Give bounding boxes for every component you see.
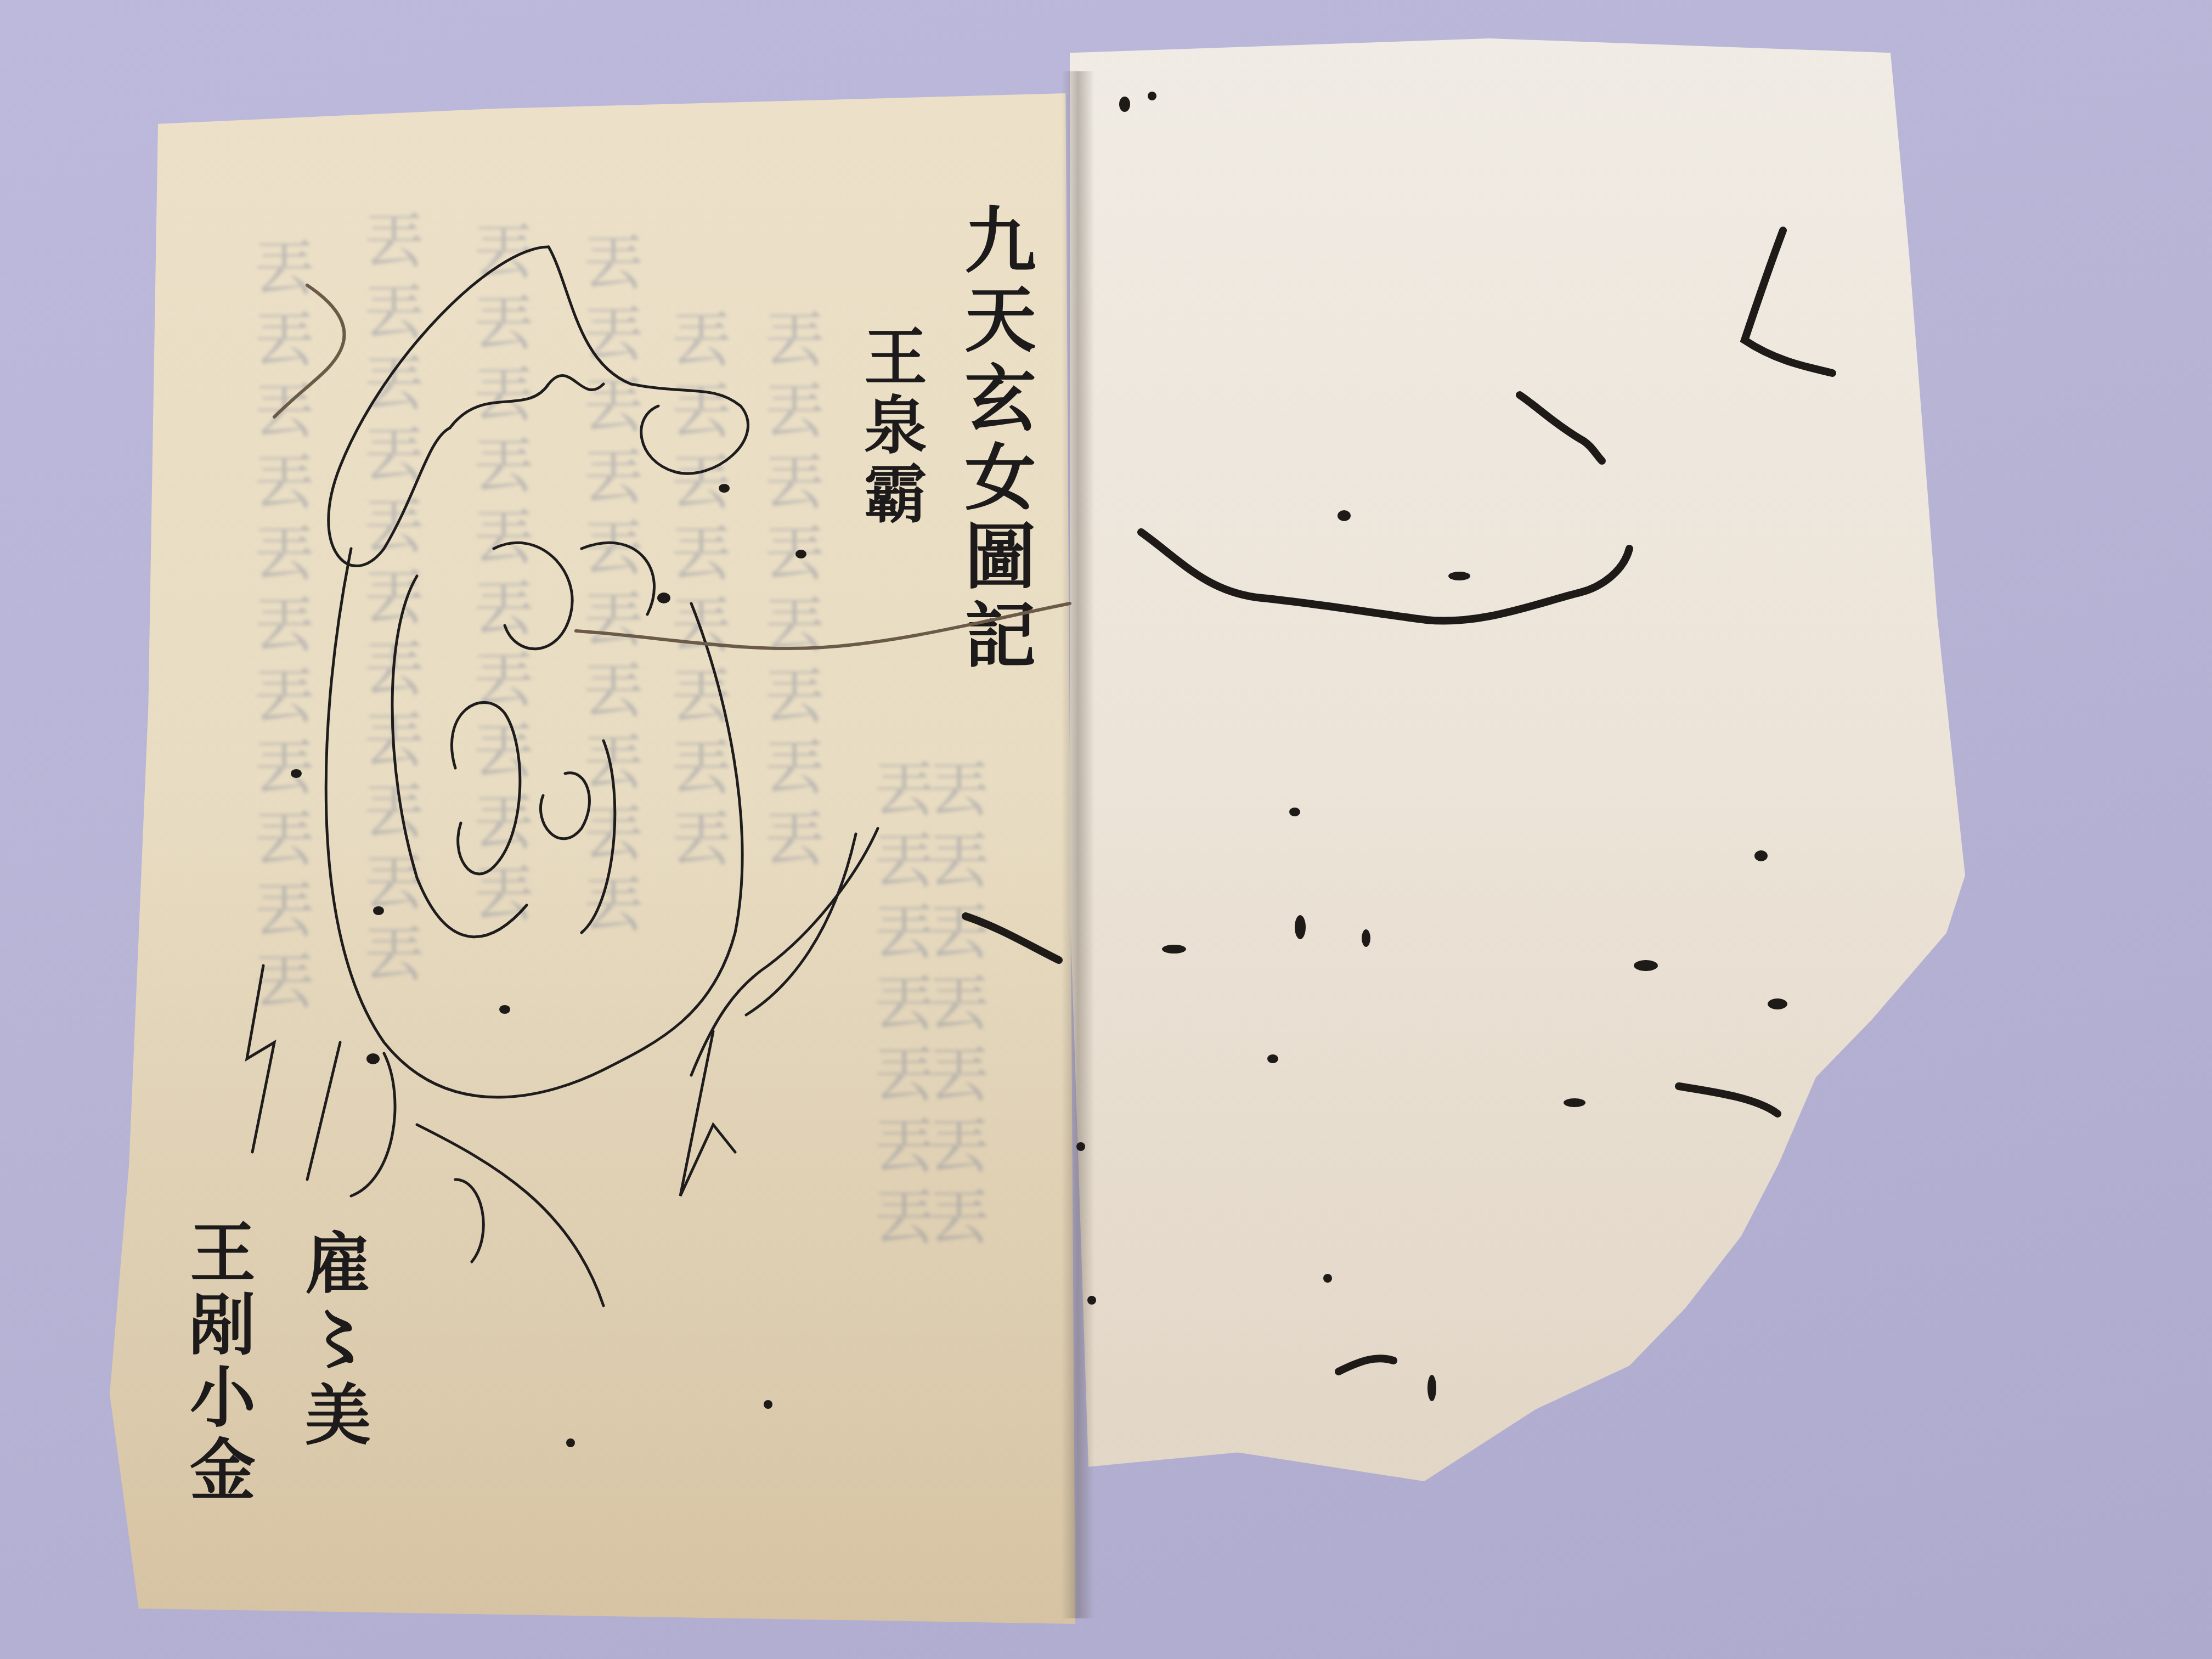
bleed-through-column: 丟丟丟丟丟丟丟丟丟丟丟 bbox=[346, 208, 432, 993]
right-page bbox=[1070, 38, 2002, 1481]
signature-left: 王剐小金 bbox=[170, 1218, 264, 1508]
page-title: 九天玄女圖記 bbox=[944, 203, 1046, 677]
bleed-through-column: 丟丟丟丟丟丟丟 bbox=[911, 757, 997, 1256]
bleed-through-column: 丟丟丟丟丟丟丟丟 bbox=[746, 307, 833, 878]
bleed-through-column: 丟丟丟丟丟丟丟丟丟丟丟 bbox=[236, 236, 323, 1020]
bleed-through-column: 丟丟丟丟丟丟丟丟丟丟 bbox=[565, 230, 652, 944]
subtitle: 王泉霸 bbox=[845, 324, 935, 529]
bleed-through-column: 丟丟丟丟丟丟丟丟 bbox=[653, 307, 740, 878]
book-spine bbox=[1062, 71, 1094, 1618]
bleed-through-column: 丟丟丟丟丟丟丟丟丟丟 bbox=[455, 219, 542, 933]
signature-right: 雇〻美 bbox=[285, 1229, 380, 1456]
